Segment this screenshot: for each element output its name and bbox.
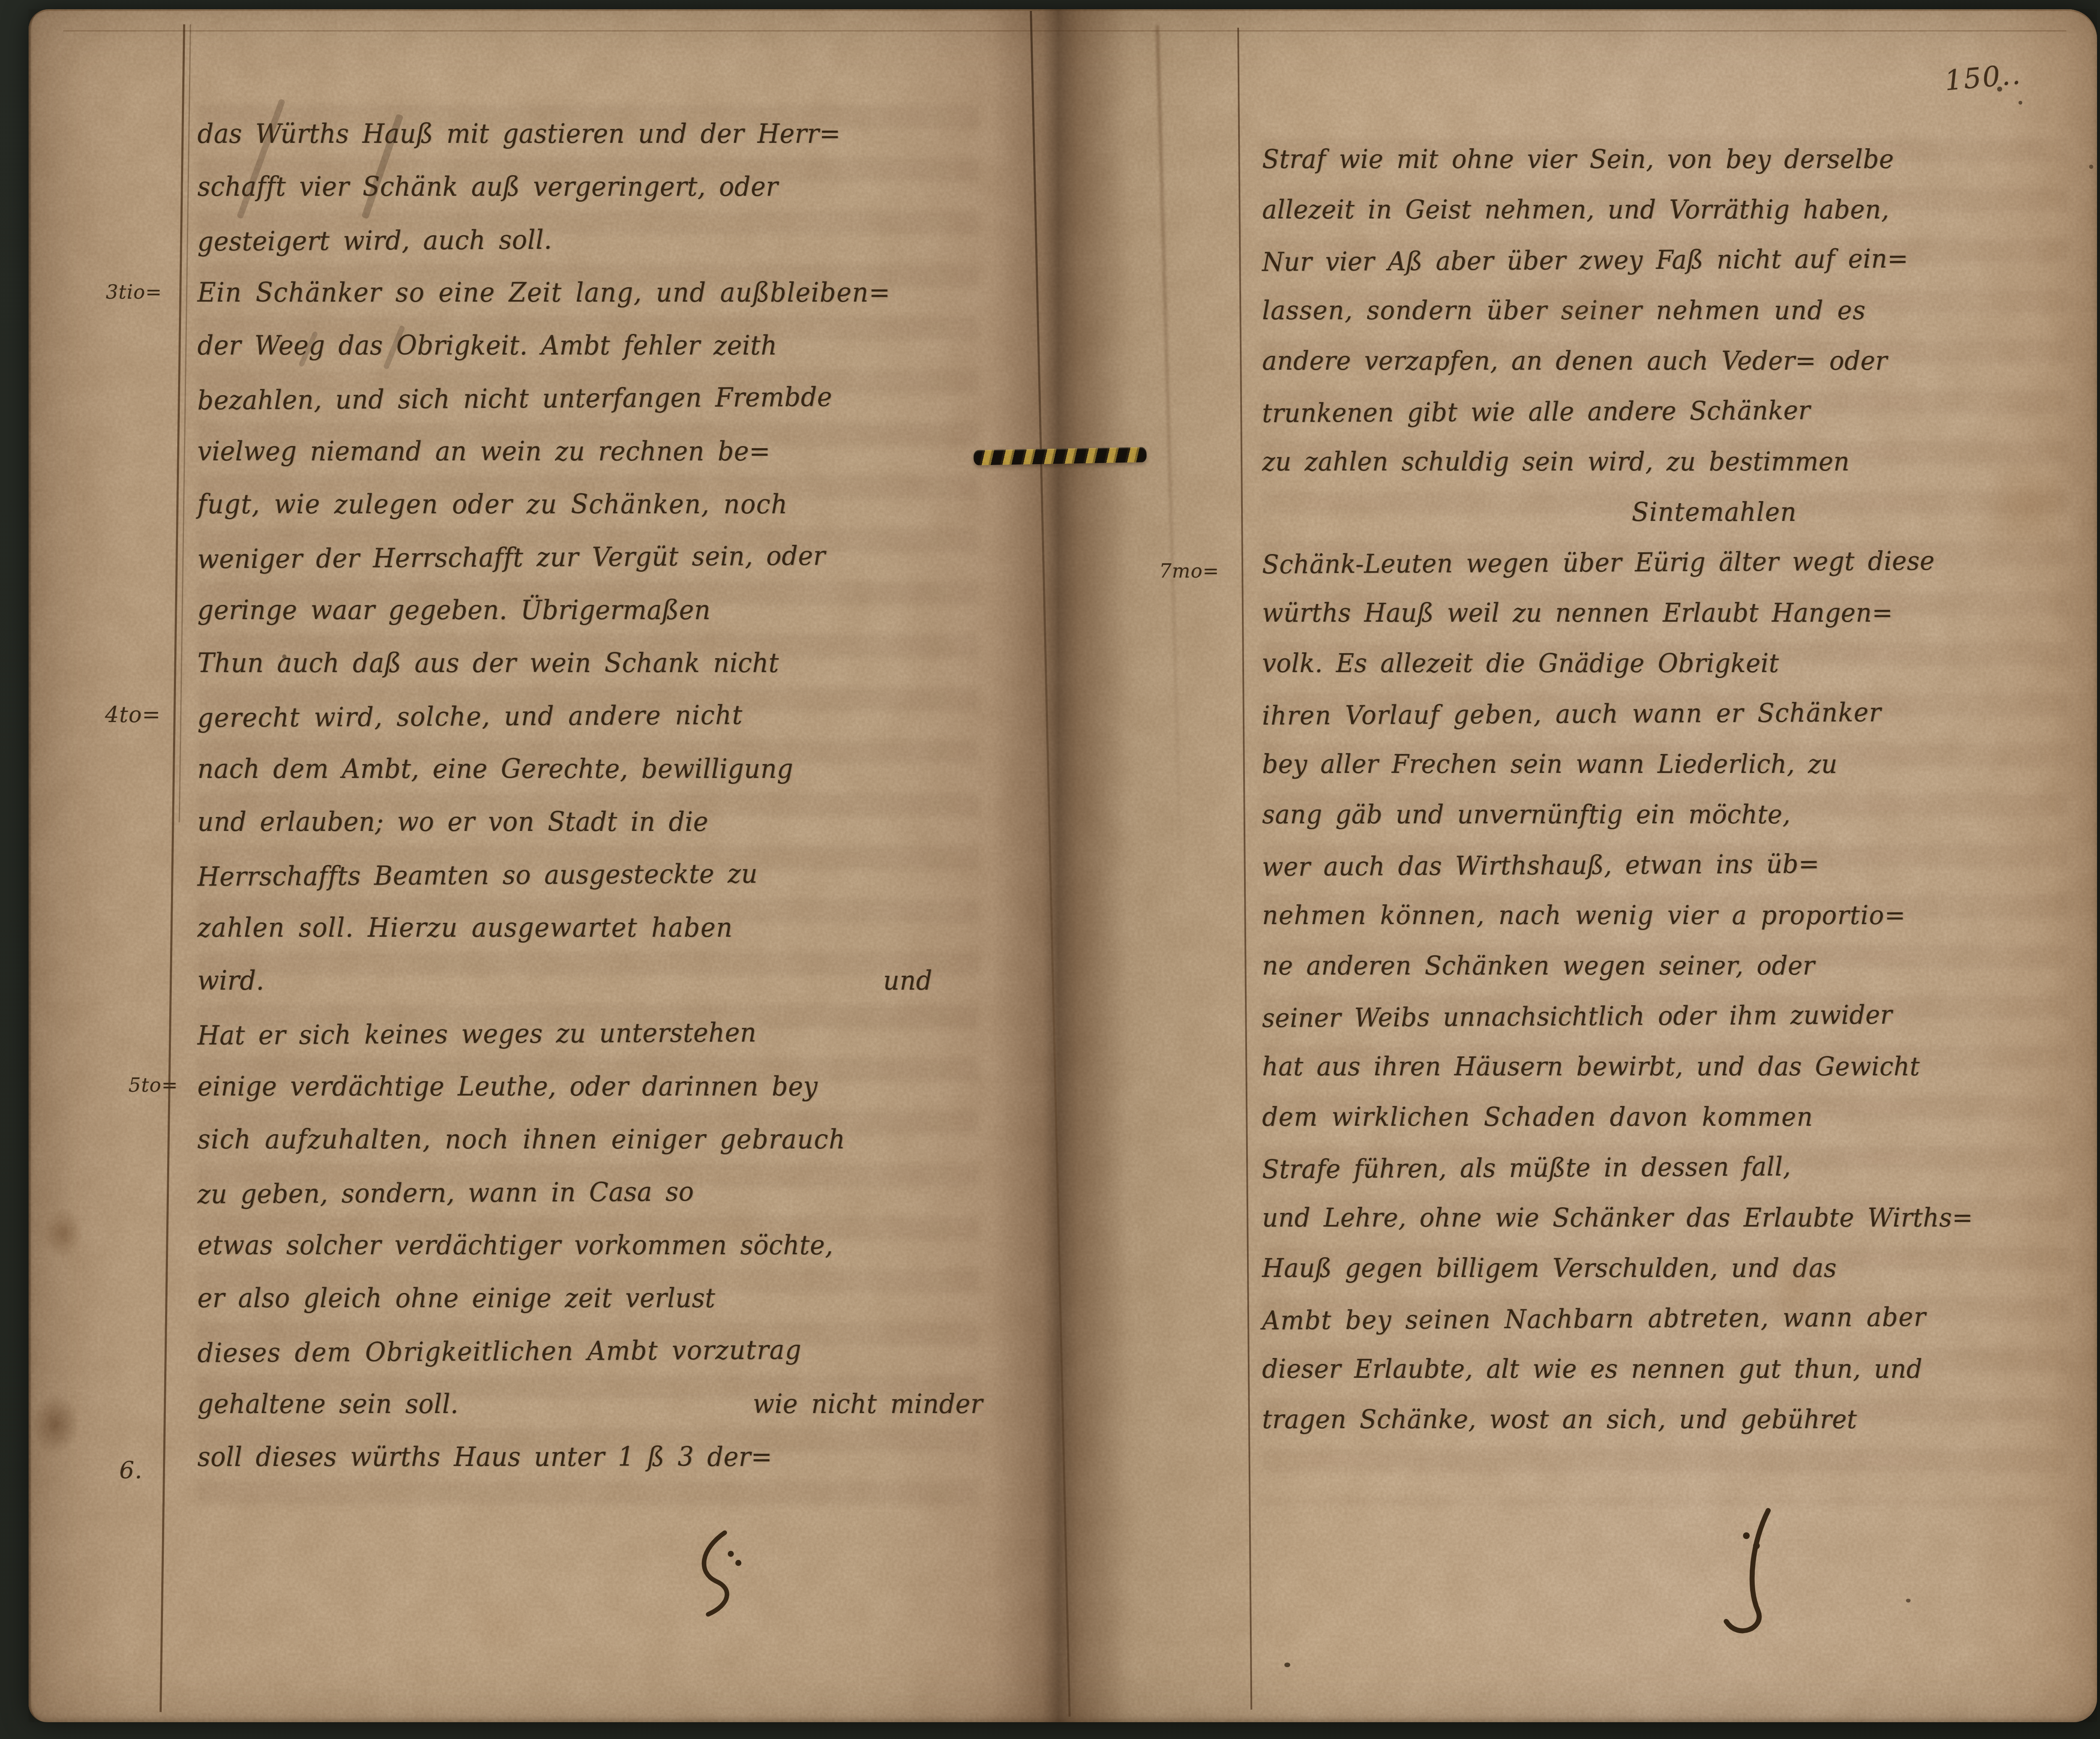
handwritten-line: andere verzapfen, an denen auch Veder= o… [1262,345,2081,398]
handwritten-line-tail: und [883,965,932,1021]
handwritten-line: Schänk-Leuten wegen über Eürig älter weg… [1262,545,2082,602]
handwritten-line: zu zahlen schuldig sein wird, zu bestimm… [1262,446,2081,499]
ink-stain [22,1382,89,1466]
handwritten-line: wer auch das Wirthshauß, etwan ins üb= [1262,847,2082,905]
end-flourish-icon [670,1527,746,1620]
handwritten-line: das Würths Hauß mit gastieren und der He… [197,118,987,174]
ink-speck [1997,87,2002,92]
handwritten-line: einige verdächtige Leuthe, oder darinnen… [197,1071,987,1127]
margin-marker-5to: 5to= [129,1074,178,1096]
handwritten-line: nehmen können, nach wenig vier a proport… [1262,900,2081,953]
margin-marker-3tio: 3tio= [106,281,162,303]
foxing-spot [1487,235,1705,370]
handwritten-line: dem wirklichen Schaden davon kommen [1262,1101,2081,1154]
handwritten-line: vielweg niemand an wein zu rechnen be= [197,436,987,491]
handwritten-line-start: gehaltene sein soll. [197,1389,459,1444]
foxing-spot [1747,1243,1848,1332]
handwritten-line: schafft vier Schänk auß vergeringert, od… [197,171,987,227]
handwritten-line: soll dieses würths Haus unter 1 ß 3 der= [197,1442,987,1497]
handwritten-line: bey aller Frechen sein wann Liederlich, … [1262,749,2081,801]
handwritten-line: allezeit in Geist nehmen, und Vorräthig … [1262,194,2081,247]
handwritten-line: gerecht wird, solche, und andere nicht [197,699,987,759]
handwritten-line: Hat er sich keines weges zu unterstehen [197,1016,987,1076]
page-number: 150.. [1943,58,2023,97]
margin-marker-4to: 4to= [105,702,161,728]
foxing-spot [437,1579,563,1672]
handwritten-line: Strafe führen, als müßte in dessen fall, [1262,1150,2082,1207]
handwritten-line: geringe waar gegeben. Übrigermaßen [197,595,987,650]
handwritten-line: und erlauben; wo er von Stadt in die [197,806,987,862]
handwritten-line: bezahlen, und sich nicht unterfangen Fre… [197,381,987,441]
handwritten-line: weniger der Herrschafft zur Vergüt sein,… [197,540,987,600]
handwritten-line: dieser Erlaubte, alt wie es nennen gut t… [1262,1353,2081,1406]
handwritten-line: zahlen soll. Hierzu ausgewartet haben [197,912,987,968]
ink-speck [2089,165,2093,169]
ink-speck [2019,101,2022,105]
book-gutter [991,9,1126,1722]
handwritten-line: Ambt bey seinen Nachbarn abtreten, wann … [1262,1301,2082,1358]
handwritten-line: Straf wie mit ohne vier Sein, von bey de… [1262,144,2081,197]
manuscript-scan: 150.. 3tio= 4to= 5to= 6. 7mo= das Würths… [0,0,2100,1739]
handwritten-line: etwas solcher verdächtiger vorkommen söc… [197,1230,987,1285]
handwritten-line-tail: wie nicht minder [753,1389,983,1444]
handwritten-line: seiner Weibs unnachsichtlich oder ihm zu… [1262,998,2082,1056]
binding-thread [974,447,1147,465]
handwritten-line: sang gäb und unvernünftig ein möchte, [1262,799,2081,852]
ink-stain [36,1197,91,1269]
handwritten-line: wird. und [197,965,987,1021]
ink-speck [282,654,286,659]
handwritten-line: volk. Es allezeit die Gnädige Obrigkeit [1262,648,2081,701]
handwritten-line: Herrschaffts Beamten so ausgesteckte zu [197,857,987,917]
handwritten-line: trunkenen gibt wie alle andere Schänker [1262,394,2082,451]
margin-marker-7mo: 7mo= [1159,560,1219,582]
handwritten-line: der Weeg das Obrigkeit. Ambt fehler zeit… [197,330,987,386]
handwritten-line: gesteigert wird, auch soll. [197,222,987,282]
section-heading: Sintemahlen [1262,496,2081,549]
handwritten-line: zu geben, sondern, wann in Casa so [197,1175,987,1235]
handwritten-line: nach dem Ambt, eine Gerechte, bewilligun… [197,754,987,809]
handwritten-line: tragen Schänke, wost an sich, und gebühr… [1262,1404,2081,1457]
handwritten-line: fugt, wie zulegen oder zu Schänken, noch [197,489,987,544]
handwritten-line: Hauß gegen billigem Verschulden, und das [1262,1253,2081,1306]
handwritten-line: Thun auch daß aus der wein Schank nicht [197,648,987,703]
handwritten-line: und Lehre, ohne wie Schänker das Erlaubt… [1262,1202,2081,1255]
handwritten-line: würths Hauß weil zu nennen Erlaubt Hange… [1262,597,2081,650]
handwritten-line: gehaltene sein soll. wie nicht minder [197,1389,987,1444]
handwritten-line: Ein Schänker so eine Zeit lang, und außb… [197,277,987,333]
handwritten-line: dieses dem Obrigkeitlichen Ambt vorzutra… [197,1334,987,1394]
handwritten-line: sich aufzuhalten, noch ihnen einiger geb… [197,1124,987,1179]
ink-speck [1284,1663,1290,1667]
handwritten-line: ihren Vorlauf geben, auch wann er Schänk… [1262,696,2082,754]
foxing-spot [1970,433,2087,575]
ink-speck [1906,1599,1911,1602]
handwritten-line: hat aus ihren Häusern bewirbt, und das G… [1262,1051,2081,1104]
left-page-text: das Würths Hauß mit gastieren und der He… [197,120,987,1496]
handwritten-line-start: wird. [197,965,264,1021]
margin-marker-6: 6. [119,1457,142,1484]
handwritten-line: er also gleich ohne einige zeit verlust [197,1283,987,1338]
end-flourish-icon [1698,1504,1790,1647]
handwritten-line: ne anderen Schänken wegen seiner, oder [1262,950,2081,1003]
